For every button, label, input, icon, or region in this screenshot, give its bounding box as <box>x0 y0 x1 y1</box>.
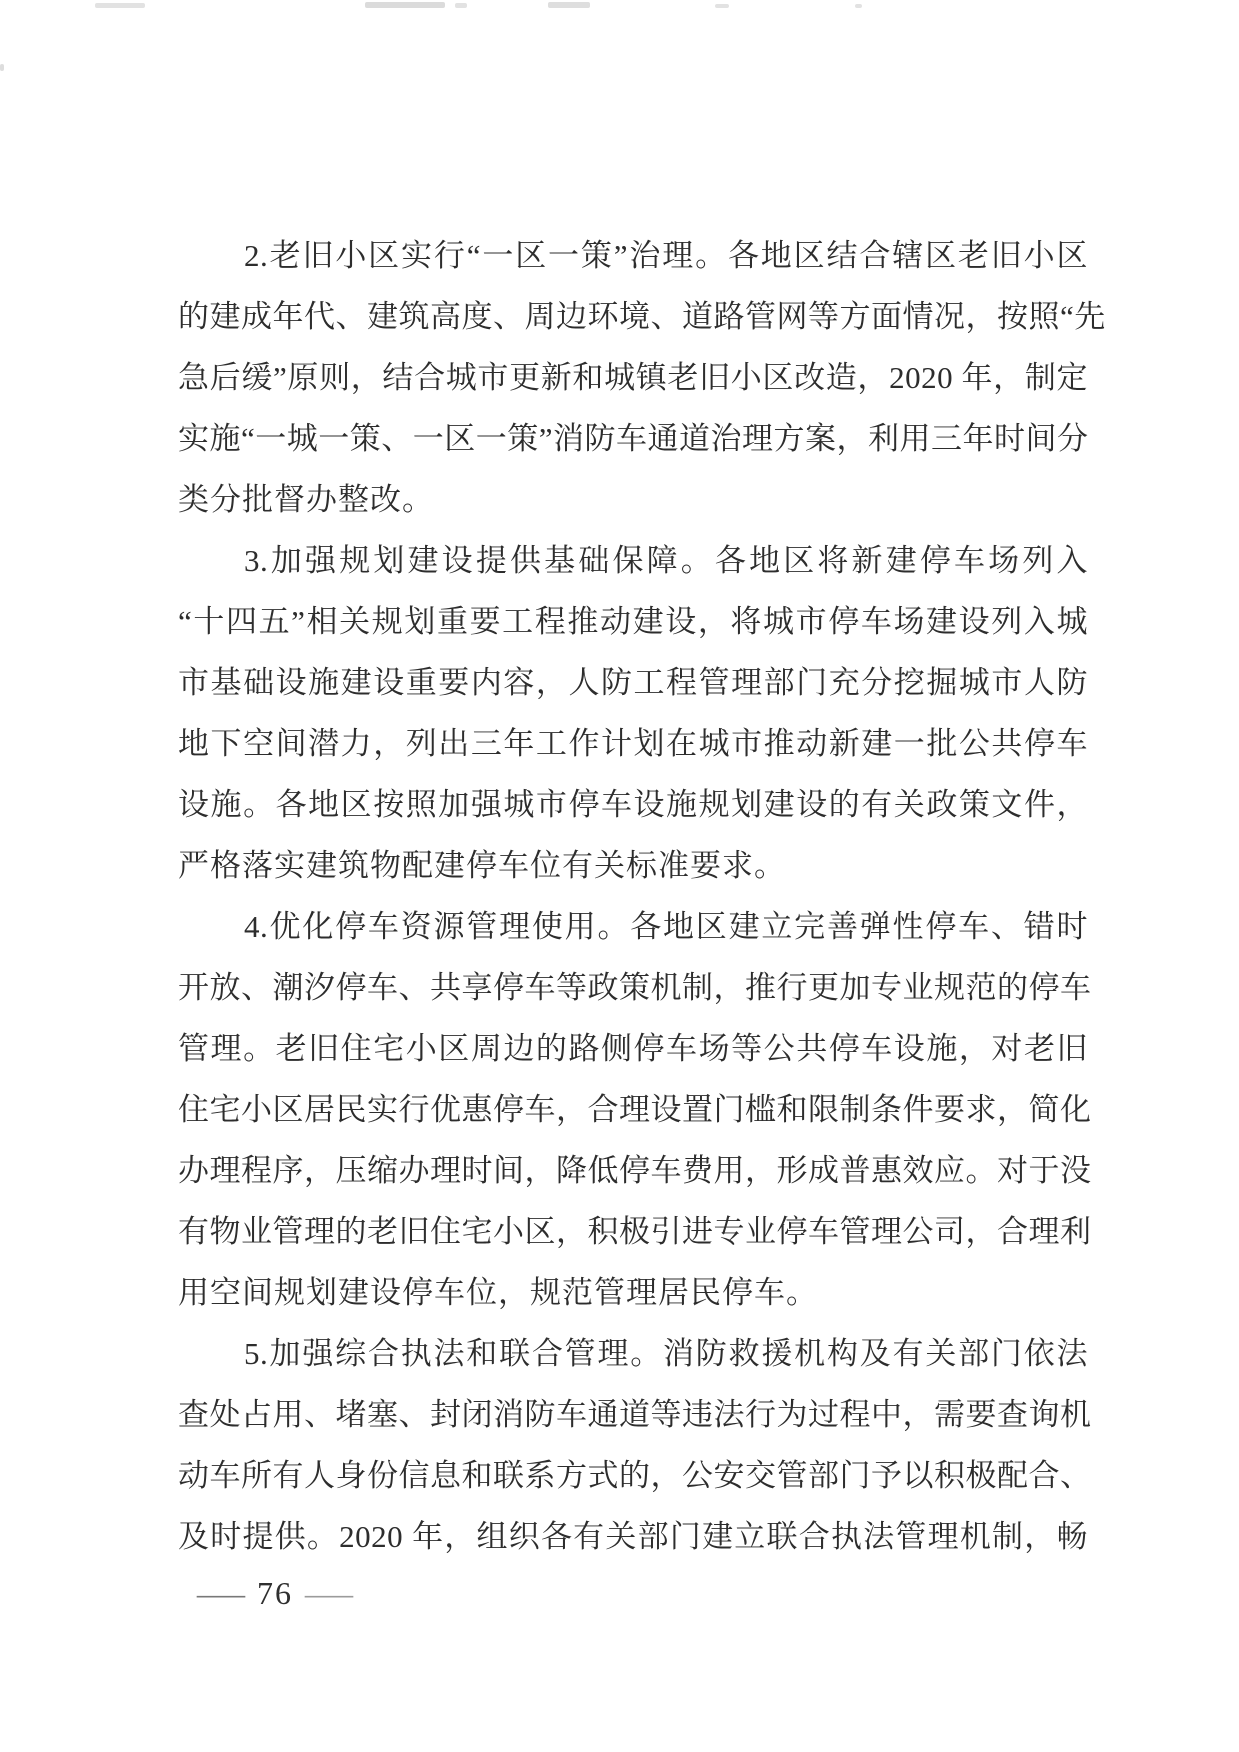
text-line: 4.优化停车资源管理使用。各地区建立完善弹性停车、错时 <box>178 896 1088 957</box>
text-line: 类分批督办整改。 <box>178 469 1088 530</box>
page-footer: — 76 — <box>205 1572 345 1614</box>
paragraph-item-2: 2.老旧小区实行“一区一策”治理。各地区结合辖区老旧小区的建成年代、建筑高度、周… <box>178 225 1088 530</box>
page-number: 76 <box>257 1575 293 1612</box>
scan-artifact <box>855 4 862 8</box>
scan-artifact <box>715 4 729 8</box>
paragraph-item-3: 3.加强规划建设提供基础保障。各地区将新建停车场列入“十四五”相关规划重要工程推… <box>178 530 1088 896</box>
text-line: 住宅小区居民实行优惠停车，合理设置门槛和限制条件要求，简化 <box>178 1079 1088 1140</box>
text-line: 用空间规划建设停车位，规范管理居民停车。 <box>178 1262 1088 1323</box>
text-line: 开放、潮汐停车、共享停车等政策机制，推行更加专业规范的停车 <box>178 957 1088 1018</box>
text-line: 及时提供。2020 年，组织各有关部门建立联合执法管理机制，畅 <box>178 1506 1088 1567</box>
document-page: 2.老旧小区实行“一区一策”治理。各地区结合辖区老旧小区的建成年代、建筑高度、周… <box>0 0 1239 1752</box>
text-line: 5.加强综合执法和联合管理。消防救援机构及有关部门依法 <box>178 1323 1088 1384</box>
scan-artifact <box>0 64 4 71</box>
text-line: 的建成年代、建筑高度、周边环境、道路管网等方面情况，按照“先 <box>178 286 1088 347</box>
paragraph-item-5: 5.加强综合执法和联合管理。消防救援机构及有关部门依法查处占用、堵塞、封闭消防车… <box>178 1323 1088 1567</box>
scan-artifact <box>455 3 467 8</box>
text-line: 办理程序，压缩办理时间，降低停车费用，形成普惠效应。对于没 <box>178 1140 1088 1201</box>
scan-artifact <box>548 2 590 8</box>
text-line: 严格落实建筑物配建停车位有关标准要求。 <box>178 835 1088 896</box>
text-line: 查处占用、堵塞、封闭消防车通道等违法行为过程中，需要查询机 <box>178 1384 1088 1445</box>
footer-right-dash: — <box>305 1575 353 1612</box>
text-line: 急后缓”原则，结合城市更新和城镇老旧小区改造，2020 年，制定 <box>178 347 1088 408</box>
text-line: 市基础设施建设重要内容，人防工程管理部门充分挖掘城市人防 <box>178 652 1088 713</box>
text-line: 管理。老旧住宅小区周边的路侧停车场等公共停车设施，对老旧 <box>178 1018 1088 1079</box>
text-line: 设施。各地区按照加强城市停车设施规划建设的有关政策文件， <box>178 774 1088 835</box>
scan-artifact <box>95 3 145 8</box>
text-line: 3.加强规划建设提供基础保障。各地区将新建停车场列入 <box>178 530 1088 591</box>
scan-artifact <box>365 2 445 8</box>
footer-left-dash: — <box>197 1575 245 1612</box>
text-block: 2.老旧小区实行“一区一策”治理。各地区结合辖区老旧小区的建成年代、建筑高度、周… <box>178 225 1088 1567</box>
text-line: 地下空间潜力，列出三年工作计划在城市推动新建一批公共停车 <box>178 713 1088 774</box>
text-line: 实施“一城一策、一区一策”消防车通道治理方案，利用三年时间分 <box>178 408 1088 469</box>
text-line: 有物业管理的老旧住宅小区，积极引进专业停车管理公司，合理利 <box>178 1201 1088 1262</box>
text-line: “十四五”相关规划重要工程推动建设，将城市停车场建设列入城 <box>178 591 1088 652</box>
text-line: 2.老旧小区实行“一区一策”治理。各地区结合辖区老旧小区 <box>178 225 1088 286</box>
text-line: 动车所有人身份信息和联系方式的，公安交管部门予以积极配合、 <box>178 1445 1088 1506</box>
paragraph-item-4: 4.优化停车资源管理使用。各地区建立完善弹性停车、错时开放、潮汐停车、共享停车等… <box>178 896 1088 1323</box>
